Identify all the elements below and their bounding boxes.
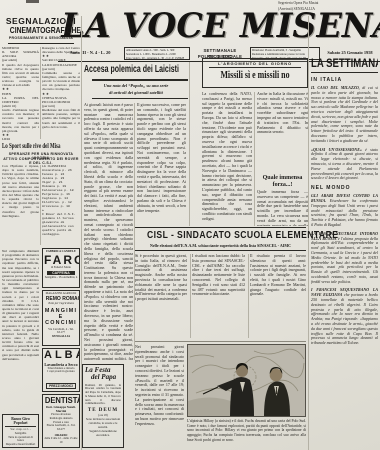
bank-ad: Banco Giro Popolari Soc. coop. a r. l. -… bbox=[2, 414, 39, 448]
week-review-column: LA SETTIMANA IN ITALIA IL CASO DEL MILAZ… bbox=[311, 56, 378, 448]
column-rule bbox=[254, 92, 255, 226]
week-item-text: è stato definito il clima di questi gior… bbox=[311, 147, 378, 181]
week-review-world-header: NEL MONDO bbox=[311, 185, 378, 191]
cisl-headline: CISL - SINDACATO SCUOLA ELEMENTARE bbox=[147, 230, 294, 241]
week-review-header: LA SETTIMANA bbox=[311, 56, 365, 70]
cisl-subtitle: Nelle elezioni dell'E.N.A.M. schiacciant… bbox=[135, 243, 306, 248]
dentist-ad-address: Piazza Garibaldi, 4 - Tel. 63.277 bbox=[44, 424, 78, 432]
bank-ad-lines: Soc. coop. a r. l. - Senigallia Tutte le… bbox=[5, 428, 36, 447]
sport-standings-table: LA CLASSIFICA Anconitana p. 26 Fanese p.… bbox=[42, 164, 80, 246]
week-item-fascia: LA FASCIA NEUTRALE INTORNO ALLA RUSSIA è… bbox=[311, 232, 378, 285]
romagnoli-feed-ad: MAGAZZINI AGRICOLI REMO ROMAGNOLI Tutto … bbox=[42, 290, 80, 346]
dentist-ad: DENTISTA Dott. Giuseppe Natali-Martini P… bbox=[42, 394, 80, 448]
sport-continuation-col: Nel campionato dilettanti il programma d… bbox=[2, 249, 39, 412]
week-item-ossessione: «QUASI UN'OSSESSIONE» è stato definito i… bbox=[311, 148, 378, 182]
missili-headline-box: L'ARGOMENTO DEL GIORNO Missili sì e miss… bbox=[202, 58, 308, 88]
festa-papa-box: La Festa del Papa Domani, 26 gennaio, la… bbox=[82, 364, 124, 448]
cinema-section-title-2: CINEMATOGRAFICHE bbox=[10, 25, 72, 35]
headline-rule bbox=[92, 79, 188, 81]
remo-ad-name: REMO ROMAGNOLI bbox=[46, 296, 77, 302]
missili-body-col2b: Quale immensa forza — osservava un compe… bbox=[257, 190, 308, 226]
missili-body-col1: La conferenza della NATO, conclusasi a P… bbox=[202, 92, 252, 226]
bottom-zone-rule bbox=[135, 341, 306, 342]
cisl-rule-bottom bbox=[135, 250, 306, 251]
kicker-rule bbox=[209, 67, 301, 68]
newspaper-page: Segreteria Opera Pia Mastai (Arretrati) … bbox=[0, 0, 380, 450]
laicisti-body-col1: Ai giornali laicisti non è parso vero, i… bbox=[84, 103, 133, 360]
cinema-listings-col2: Rassegna a cura del Centro diocesano del… bbox=[42, 46, 80, 140]
laicisti-subtitle-1: Una nota del “Popolo„ su una serie bbox=[84, 83, 188, 88]
cisl-body-col1: Si è proceduto in questi giorni, in tutt… bbox=[135, 254, 187, 338]
school-courses-col: Nei prossimi giorni riprenderanno anche … bbox=[135, 345, 184, 449]
cisl-rule-top bbox=[135, 227, 306, 228]
headline-rule bbox=[92, 98, 188, 99]
week-review-rule bbox=[311, 72, 378, 73]
alba-ad-name: ALBA bbox=[44, 350, 78, 362]
week-item-text: che portava a bordo 250 tonnellate di ma… bbox=[311, 292, 378, 345]
faro-ad-address: Senigallia - Via Armellini, 4 bbox=[44, 276, 78, 280]
missili-headline: Missili sì e missili no bbox=[218, 69, 293, 81]
week-item-text: di cui si parla in altra parte del giorn… bbox=[311, 85, 378, 143]
remo-ad-address2: SENIGALLIA bbox=[44, 335, 78, 339]
missili-kicker: L'ARGOMENTO DEL GIORNO bbox=[203, 61, 307, 66]
week-review-italy-header: IN ITALIA bbox=[311, 77, 378, 83]
week-item-milazzo: IL CASO DEL MILAZZO, di cui si parla in … bbox=[311, 86, 378, 144]
week-item-arabi: GLI ARABI DIFESI CONTRO LA RUSSIA. Eisen… bbox=[311, 194, 378, 228]
column-rule bbox=[248, 254, 249, 338]
missili-body-col2a: Anche in Italia la discussione è vivace:… bbox=[257, 92, 308, 172]
cinema-listings-col1: MODERNO IL SOLE SORGERÀ ANCORA (per adul… bbox=[2, 46, 39, 140]
alba-ad-line2: I capi pronti in giornata bbox=[44, 370, 78, 374]
remo-ad-big1: MANGIMI bbox=[44, 308, 78, 314]
photo-illustration bbox=[188, 345, 305, 416]
remo-ad-line: Tutto per l'agricoltura bbox=[44, 302, 78, 306]
column-rule bbox=[40, 165, 41, 245]
week-item-text: Eisenhower ha confermato l'impegno degli… bbox=[311, 198, 378, 227]
column-rule bbox=[189, 62, 190, 226]
week-item-text: è l'ultima proposta della diplomazia del… bbox=[311, 236, 378, 284]
bank-ad-title: Banco Giro Popolari bbox=[5, 417, 36, 427]
photo-hillary-fuchs bbox=[187, 344, 306, 417]
week-item-nave: I FRANCESI SEQUESTRANO LA NAVE EGIZIANA … bbox=[311, 288, 378, 346]
masthead-title: LA VOCE MISENA bbox=[61, 6, 377, 48]
scan-smudge bbox=[26, 0, 39, 3]
cisl-body-col2: I risultati non lasciano dubbi: la lista… bbox=[192, 254, 245, 338]
dentist-ad-name: DENTISTA bbox=[45, 396, 77, 405]
festa-body-1: Domani, 26 gennaio, la Diocesi celebra l… bbox=[85, 384, 121, 407]
sport-headline: Lo Sport sulle rive del Misa bbox=[2, 141, 53, 150]
cinema-rule bbox=[8, 43, 74, 44]
masthead-date: Sabato 25 Gennaio 1958 bbox=[322, 50, 378, 55]
sport-body-col: Con l'Epifania è ripresa, dopo la sosta … bbox=[2, 164, 39, 246]
faro-ad-owner: di Federici Mario bbox=[44, 266, 78, 270]
laicisti-subtitle-2: di articoli dei giornali satelliti bbox=[84, 90, 188, 95]
festa-body-2: (ore 18) Sono invitate le associazioni c… bbox=[85, 414, 121, 437]
photo-caption: L'alpinista Hillary (a sinistra) e il do… bbox=[187, 419, 306, 449]
laicisti-body-col2: Il giorno successivo, come per un comand… bbox=[137, 103, 186, 225]
faro-candle-ad: FABBRICA CANDELE FARO di Federici Mario … bbox=[42, 248, 80, 288]
cisl-body-col3: Il risultato premia il lavoro silenzioso… bbox=[250, 254, 306, 338]
alba-ad-badge: PREZZI MODICI bbox=[46, 383, 76, 389]
remo-ad-big2: E CONCIMI bbox=[44, 314, 78, 326]
laicisti-headline: Accesa polemica dei Laicisti bbox=[84, 64, 179, 75]
column-rule bbox=[190, 254, 191, 338]
dentist-ad-orario: dalle 9 alle 12 - dalle 15 alle 19 bbox=[44, 437, 78, 445]
alba-laundry-ad: ALBA Lavanderia a Secco Smacchiatura e t… bbox=[42, 348, 80, 392]
missili-crosshead: Quale immensa forza...! bbox=[257, 175, 308, 189]
festa-title-2: del Papa bbox=[91, 374, 121, 381]
cinema-subhead: PROSSIMAMENTE A SENIGALLIA bbox=[2, 36, 80, 40]
masthead-subscription-box: Abbonamenti: Anno L. 500 - Sem. L. 300 S… bbox=[124, 47, 190, 60]
column-rule bbox=[40, 47, 41, 139]
